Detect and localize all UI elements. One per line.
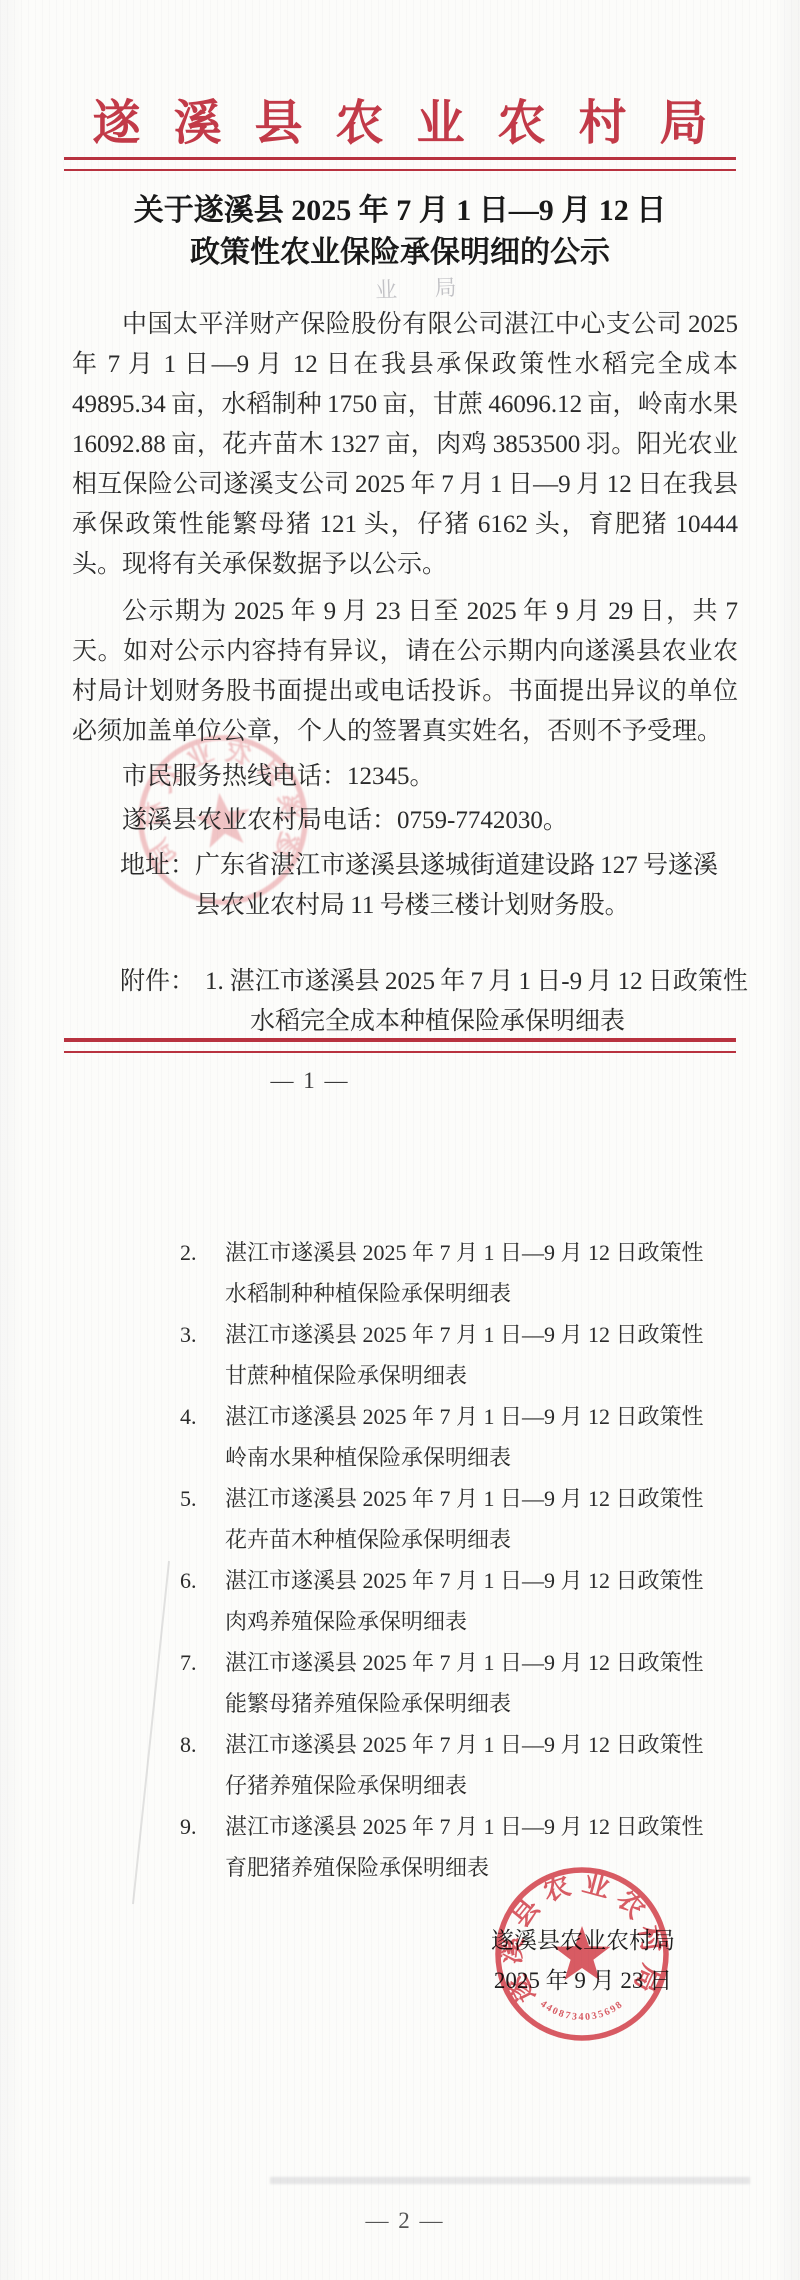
address-label: 地址： (120, 852, 195, 879)
attachment-item: 3.湛江市遂溪县 2025 年 7 月 1 日—9 月 12 日政策性 甘蔗种植… (180, 1314, 765, 1396)
attachment-item-line1: 湛江市遂溪县 2025 年 7 月 1 日—9 月 12 日政策性 (225, 1240, 704, 1265)
body-paragraph-publicity-period: 公示期为 2025 年 9 月 23 日至 2025 年 9 月 29 日，共 … (72, 592, 738, 752)
attachment-item: 9.湛江市遂溪县 2025 年 7 月 1 日—9 月 12 日政策性 育肥猪养… (180, 1806, 765, 1888)
hotline-phone-line: 市民服务热线电话：12345。 (72, 757, 738, 797)
attachment-item-line1: 湛江市遂溪县 2025 年 7 月 1 日—9 月 12 日政策性 (225, 1322, 704, 1347)
attachment-item-number: 4. (180, 1396, 225, 1437)
attachment-item-line1: 湛江市遂溪县 2025 年 7 月 1 日—9 月 12 日政策性 (225, 1486, 704, 1511)
letterhead-org-name: 遂溪县农业农村局 (0, 84, 800, 153)
attachment-item: 5.湛江市遂溪县 2025 年 7 月 1 日—9 月 12 日政策性 花卉苗木… (180, 1478, 765, 1560)
attachment-item-line1: 湛江市遂溪县 2025 年 7 月 1 日—9 月 12 日政策性 (225, 1814, 704, 1839)
address-line: 地址：广东省湛江市遂溪县遂城街道建设路 127 号遂溪县农业农村局 11 号楼三… (72, 846, 738, 926)
attachment-item-line2: 岭南水果种植保险承保明细表 (225, 1437, 765, 1478)
attachment-item-number: 3. (180, 1314, 225, 1355)
scan-scratch-line (132, 1561, 170, 1904)
attachment-item: 附件：1.湛江市遂溪县 2025 年 7 月 1 日-9 月 12 日政策性 (72, 962, 738, 1002)
attachment-item: 6.湛江市遂溪县 2025 年 7 月 1 日—9 月 12 日政策性 肉鸡养殖… (180, 1560, 765, 1642)
page-number-2: — 2 — (325, 2208, 485, 2234)
attachment-item-number: 5. (180, 1478, 225, 1519)
attachment-label: 附件： (120, 968, 195, 995)
attachment-item: 2.湛江市遂溪县 2025 年 7 月 1 日—9 月 12 日政策性 水稻制种… (180, 1232, 765, 1314)
attachment-item-number: 2. (180, 1232, 225, 1273)
document-title-line1: 关于遂溪县 2025 年 7 月 1 日—9 月 12 日 (0, 190, 800, 232)
svg-text:4408734035698: 4408734035698 (538, 1999, 626, 2023)
attachment-item-number: 6. (180, 1560, 225, 1601)
attachment-item-line2: 仔猪养殖保险承保明细表 (225, 1765, 765, 1806)
body-paragraph-insurers: 中国太平洋财产保险股份有限公司湛江中心支公司 2025 年 7 月 1 日—9 … (72, 305, 738, 585)
attachment-item-line2: 水稻完全成本种植保险承保明细表 (250, 1002, 738, 1042)
attachment-item-number: 7. (180, 1642, 225, 1683)
attachment-item-number: 8. (180, 1724, 225, 1765)
seal-code-text: 4408734035698 (538, 1999, 626, 2023)
attachment-item-line2: 水稻制种种植保险承保明细表 (225, 1273, 765, 1314)
attachment-item-line1: 湛江市遂溪县 2025 年 7 月 1 日—9 月 12 日政策性 (225, 1650, 704, 1675)
letterhead-divider-rule (64, 157, 736, 171)
attachment-list-page2: 2.湛江市遂溪县 2025 年 7 月 1 日—9 月 12 日政策性 水稻制种… (180, 1232, 765, 1888)
attachment-item-line1: 湛江市遂溪县 2025 年 7 月 1 日—9 月 12 日政策性 (225, 1732, 704, 1757)
scan-smudge-mark (270, 2177, 750, 2184)
attachment-item-line2: 花卉苗木种植保险承保明细表 (225, 1519, 765, 1560)
attachment-block: 附件：1.湛江市遂溪县 2025 年 7 月 1 日-9 月 12 日政策性 水… (72, 962, 738, 1042)
attachment-item-line1: 湛江市遂溪县 2025 年 7 月 1 日—9 月 12 日政策性 (225, 1404, 704, 1429)
attachment-item-line1: 湛江市遂溪县 2025 年 7 月 1 日-9 月 12 日政策性 (230, 968, 748, 995)
attachment-item-line2: 甘蔗种植保险承保明细表 (225, 1355, 765, 1396)
document-title-line2: 政策性农业保险承保明细的公示 (0, 232, 800, 274)
attachment-item-number: 9. (180, 1806, 225, 1847)
document-title: 关于遂溪县 2025 年 7 月 1 日—9 月 12 日 政策性农业保险承保明… (0, 190, 800, 274)
attachment-item: 7.湛江市遂溪县 2025 年 7 月 1 日—9 月 12 日政策性 能繁母猪… (180, 1642, 765, 1724)
bureau-phone-line: 遂溪县农业农村局电话：0759-7742030。 (72, 801, 738, 841)
official-seal: 遂溪县农业农村局 4408734035698 (492, 1864, 672, 2044)
official-seal-icon: 遂溪县农业农村局 4408734035698 (492, 1864, 672, 2044)
page-number-1: — 1 — (235, 1068, 385, 1094)
attachment-item-line2: 能繁母猪养殖保险承保明细表 (225, 1683, 765, 1724)
attachment-item-line1: 湛江市遂溪县 2025 年 7 月 1 日—9 月 12 日政策性 (225, 1568, 704, 1593)
page1-footer-rule (64, 1038, 736, 1053)
attachment-item-number: 1. (195, 968, 230, 995)
attachment-item: 8.湛江市遂溪县 2025 年 7 月 1 日—9 月 12 日政策性 仔猪养殖… (180, 1724, 765, 1806)
attachment-item: 4.湛江市遂溪县 2025 年 7 月 1 日—9 月 12 日政策性 岭南水果… (180, 1396, 765, 1478)
address-text: 广东省湛江市遂溪县遂城街道建设路 127 号遂溪县农业农村局 11 号楼三楼计划… (195, 852, 718, 919)
scan-ghost-text: 业 局 (374, 270, 473, 304)
attachment-item-line2: 肉鸡养殖保险承保明细表 (225, 1601, 765, 1642)
